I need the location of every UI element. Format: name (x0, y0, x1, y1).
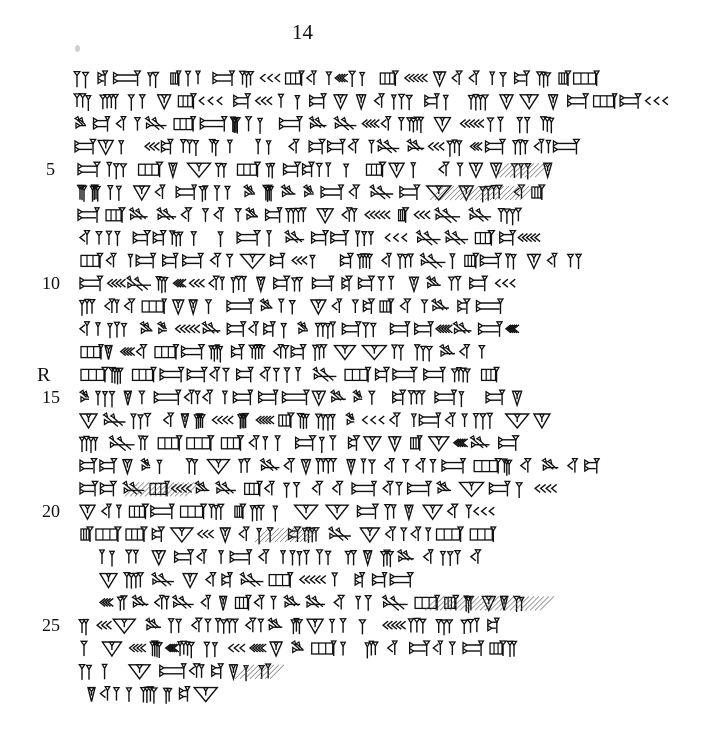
tablet-line-10 (80, 276, 515, 293)
tablet-line-13 (81, 345, 485, 363)
tablet-line-2 (74, 94, 668, 111)
tablet-line-15 (80, 390, 522, 407)
tablet-line-23 (100, 573, 413, 589)
tablet-line-27 (79, 664, 284, 681)
tablet-line-12 (80, 322, 519, 339)
tablet-line-7 (78, 208, 521, 226)
tablet-line-26 (81, 641, 516, 658)
tablet-line-1 (74, 71, 599, 88)
tablet-line-28 (88, 687, 217, 704)
tablet-line-20 (80, 504, 494, 521)
tablet-line-4 (75, 139, 579, 156)
tablet-line-11 (80, 299, 503, 316)
tablet-line-18 (80, 459, 599, 476)
tablet-line-14 (81, 367, 499, 384)
tablet-line-25 (79, 618, 499, 635)
tablet-line-9 (81, 253, 581, 269)
tablet-line-5 (78, 162, 552, 179)
tablet-line-17 (80, 436, 519, 453)
tablet-line-3 (75, 117, 554, 134)
tablet-line-8 (80, 231, 540, 248)
tablet-line-21 (81, 527, 496, 544)
cuneiform-tablet-copy (0, 0, 702, 749)
tablet-line-6 (78, 185, 545, 202)
tablet-line-19 (80, 481, 557, 498)
tablet-line-16 (80, 413, 550, 431)
tablet-line-22 (100, 550, 481, 567)
tablet-line-24 (100, 595, 554, 613)
